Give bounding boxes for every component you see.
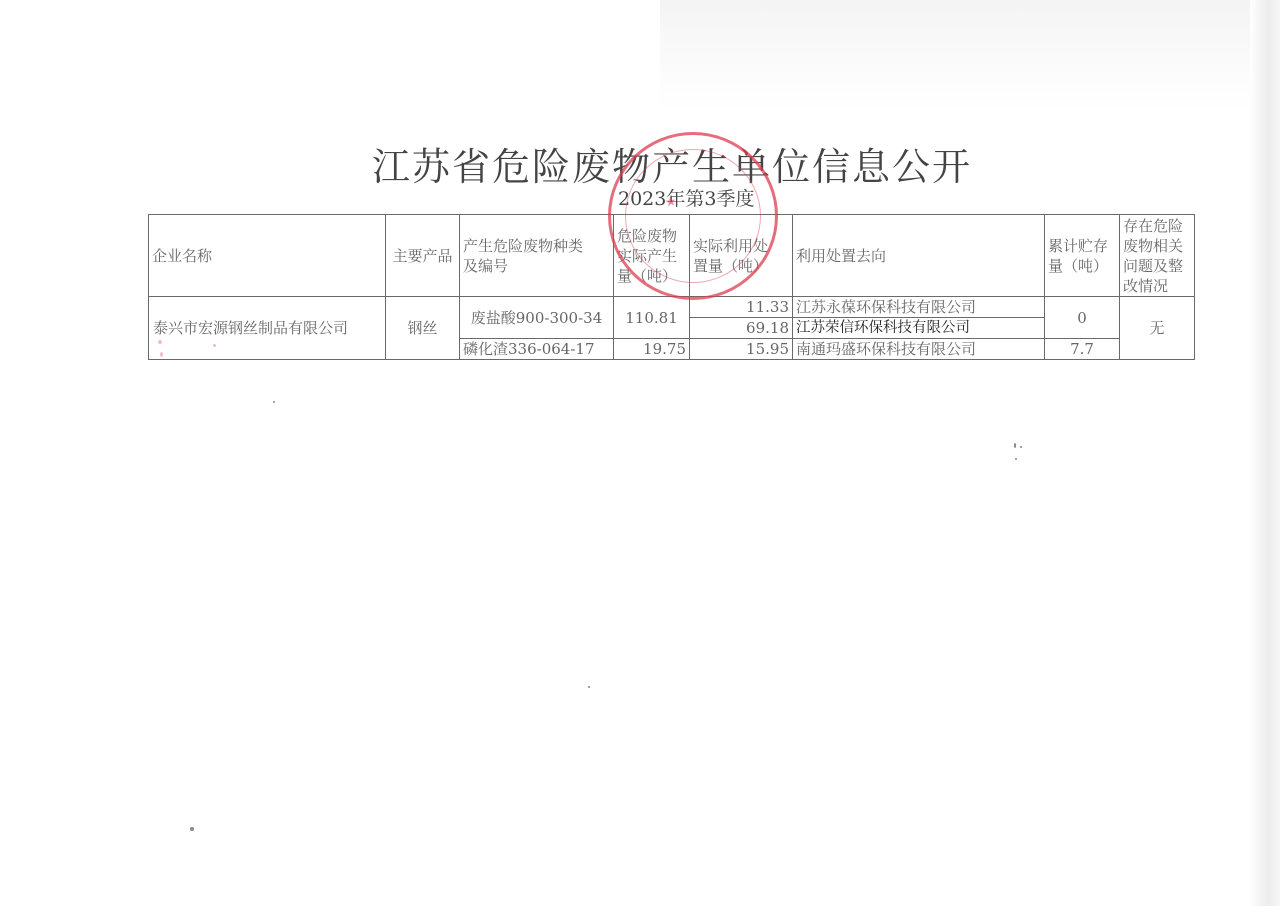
header-issues-line4: 改情况: [1123, 276, 1191, 296]
header-generated: 危险废物 实际产生 量（吨）: [614, 215, 690, 297]
waste-type: 磷化渣336-064-17: [460, 339, 614, 360]
table-header-row: 企业名称 主要产品 产生危险废物种类 及编号 危险废物 实际产生 量（吨） 实际…: [149, 215, 1195, 297]
scan-edge: [1250, 0, 1280, 906]
table-row: 泰兴市宏源钢丝制品有限公司 钢丝 废盐酸900-300-34 110.81 11…: [149, 297, 1195, 318]
disposed-amount: 69.18: [690, 318, 793, 339]
scan-shadow: [660, 0, 1280, 110]
disposed-amount: 15.95: [690, 339, 793, 360]
header-waste-type-line2: 及编号: [463, 256, 610, 276]
disposal-destination: 江苏荣信环保科技有限公司: [793, 318, 1045, 339]
header-issues-line2: 废物相关: [1123, 236, 1191, 256]
issues-status: 无: [1120, 297, 1195, 360]
company-name: 泰兴市宏源钢丝制品有限公司: [149, 297, 386, 360]
stock-amount: 7.7: [1045, 339, 1120, 360]
header-product: 主要产品: [386, 215, 460, 297]
disposal-destination: 南通玛盛环保科技有限公司: [793, 339, 1045, 360]
stock-amount: 0: [1045, 297, 1120, 339]
generated-amount: 110.81: [614, 297, 690, 339]
header-disposed-line1: 实际利用处: [693, 236, 789, 256]
dust-speck: [1020, 446, 1022, 448]
header-generated-line3: 量（吨）: [617, 266, 686, 286]
header-destination: 利用处置去向: [793, 215, 1045, 297]
dust-speck: [1014, 443, 1016, 448]
dust-speck: [1015, 458, 1017, 460]
generated-amount: 19.75: [614, 339, 690, 360]
ink-speck: [158, 340, 162, 344]
header-waste-type-line1: 产生危险废物种类: [463, 236, 610, 256]
header-company: 企业名称: [149, 215, 386, 297]
ink-speck: [160, 352, 163, 357]
dust-speck: [190, 827, 194, 831]
header-disposed-line2: 置量（吨）: [693, 256, 789, 276]
waste-type: 废盐酸900-300-34: [460, 297, 614, 339]
disposed-amount: 11.33: [690, 297, 793, 318]
waste-info-table: 企业名称 主要产品 产生危险废物种类 及编号 危险废物 实际产生 量（吨） 实际…: [148, 214, 1195, 360]
header-generated-line2: 实际产生: [617, 246, 686, 266]
dust-speck: [273, 401, 275, 403]
main-product: 钢丝: [386, 297, 460, 360]
header-stock: 累计贮存 量（吨）: [1045, 215, 1120, 297]
header-disposed: 实际利用处 置量（吨）: [690, 215, 793, 297]
header-stock-line2: 量（吨）: [1048, 256, 1116, 276]
ink-speck: [213, 344, 216, 347]
header-issues-line1: 存在危险: [1123, 216, 1191, 236]
dust-speck: [588, 686, 590, 688]
header-generated-line1: 危险废物: [617, 226, 686, 246]
header-stock-line1: 累计贮存: [1048, 236, 1116, 256]
disposal-destination: 江苏永葆环保科技有限公司: [793, 297, 1045, 318]
document-subtitle: 2023年第3季度: [618, 184, 788, 211]
header-issues: 存在危险 废物相关 问题及整 改情况: [1120, 215, 1195, 297]
document-title: 江苏省危险废物产生单位信息公开: [372, 136, 982, 191]
header-waste-type: 产生危险废物种类 及编号: [460, 215, 614, 297]
header-issues-line3: 问题及整: [1123, 256, 1191, 276]
